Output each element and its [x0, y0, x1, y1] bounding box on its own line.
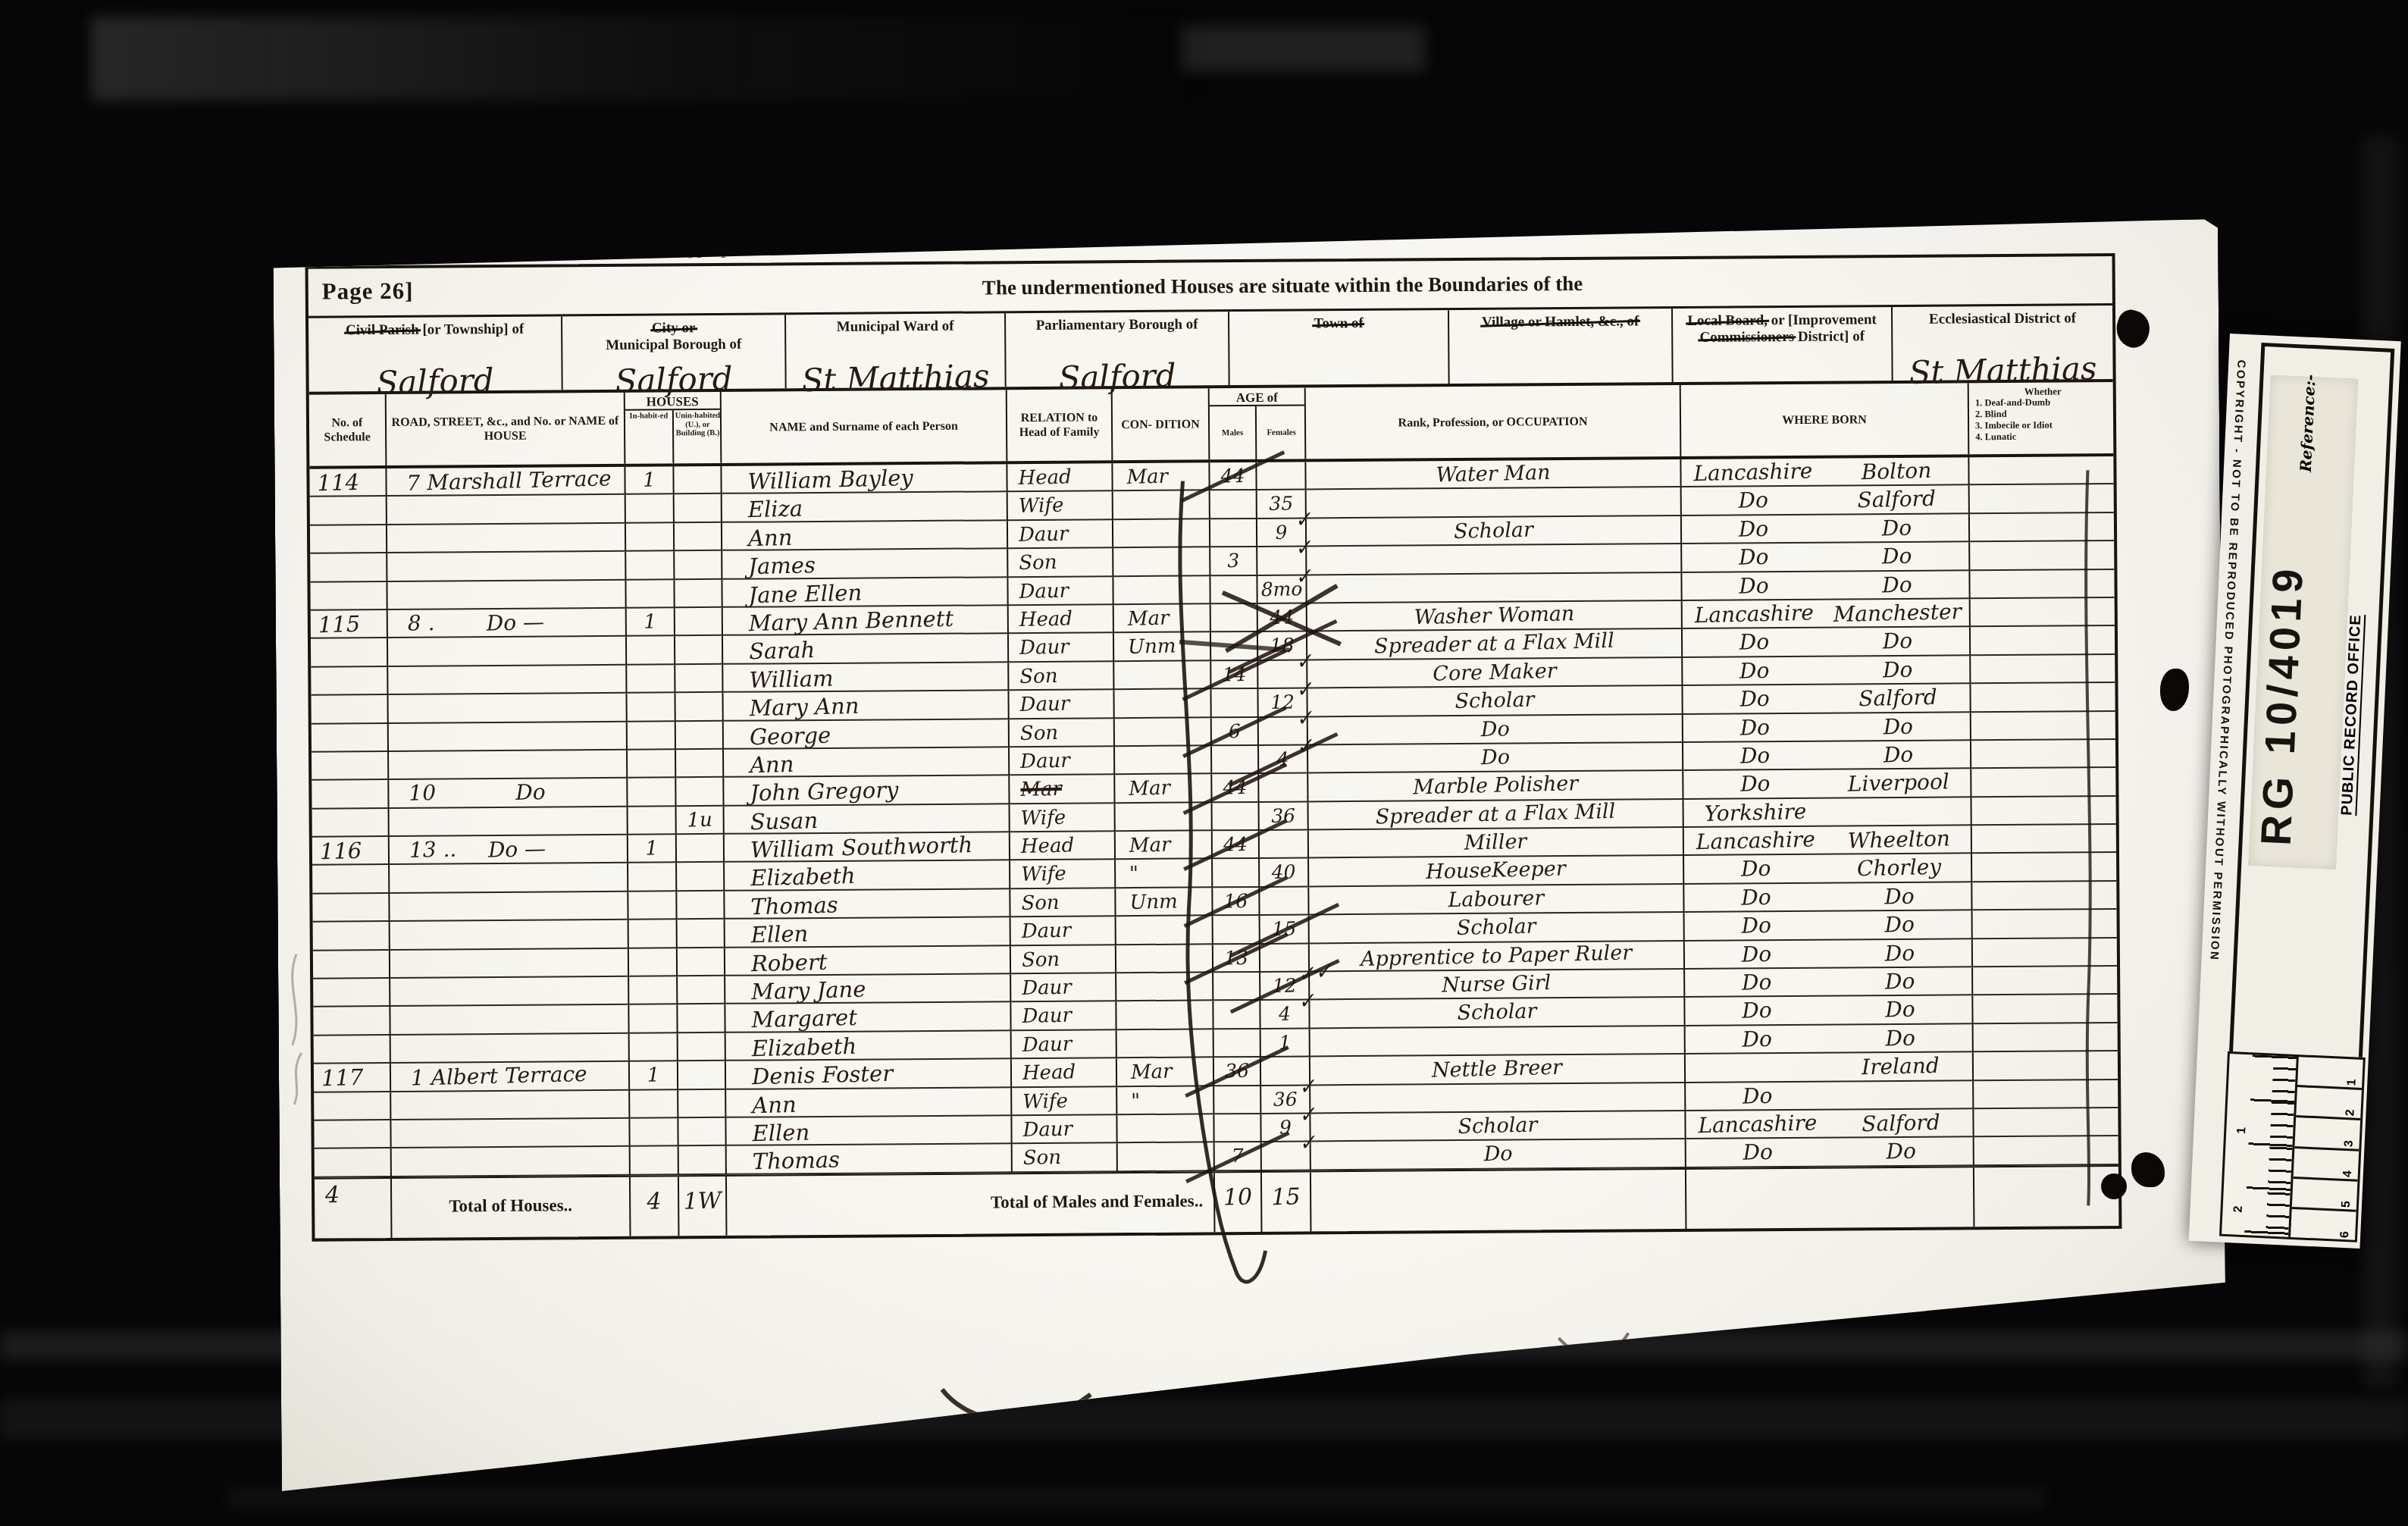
relation: Son: [1008, 550, 1113, 575]
relation: Head: [1008, 606, 1113, 631]
road-name: [388, 641, 409, 666]
cell-houses-inhabited: [630, 1118, 678, 1147]
cell-name: Mary Ann: [723, 691, 1009, 721]
houses-inhabited: [626, 553, 673, 555]
condition: [1113, 493, 1209, 495]
age-male: 3: [1210, 550, 1257, 573]
road-name: [388, 669, 409, 694]
census-sheet: Page 26] The undermentioned Houses are s…: [273, 219, 2227, 1491]
cell-condition: [1116, 973, 1213, 1001]
age-male: 14: [1211, 663, 1257, 686]
born-place: Ireland: [1829, 1054, 1973, 1082]
condition: [1113, 549, 1209, 551]
relation: Daur: [1011, 1003, 1116, 1028]
cell-condition: [1113, 548, 1210, 577]
cell-condition: [1116, 803, 1213, 832]
condition: Mar: [1115, 776, 1211, 801]
occupation: Do: [1480, 746, 1510, 769]
relation: Wife: [1007, 493, 1112, 518]
houses-uninhabited: [675, 497, 721, 497]
cell-occupation: ✓Scholar: [1307, 516, 1682, 547]
tally-check-icon: ✓: [1295, 735, 1315, 760]
cell-name: Sarah: [723, 635, 1009, 665]
cell-condition: ": [1117, 1086, 1214, 1115]
houses-uninhabited: [677, 836, 723, 837]
person-name: Mary Ann: [723, 691, 1008, 720]
col-schedule: No. of Schedule: [309, 394, 387, 466]
houses-uninhabited: [678, 1035, 725, 1036]
total-males: 10: [1215, 1186, 1261, 1209]
relation: Wife: [1010, 862, 1115, 887]
cell-houses-uninhabited: [675, 665, 723, 694]
road-name: [390, 1037, 411, 1062]
cell-houses-inhabited: [630, 1090, 678, 1119]
age-female: [1260, 889, 1307, 891]
cell-name: Robert: [725, 946, 1011, 976]
condition: [1116, 918, 1212, 920]
district-cell: Parliamentary Borough ofSalford: [1006, 312, 1230, 387]
cell-houses-inhabited: [626, 495, 675, 524]
cell-houses-uninhabited: [678, 1004, 725, 1033]
cell-age-female: [1260, 831, 1309, 860]
cell-relation: Daur: [1009, 634, 1114, 663]
cell-houses-uninhabited: [676, 721, 724, 750]
houses-inhabited: [630, 1036, 677, 1037]
cell-schedule: [310, 581, 387, 610]
cell-schedule: [311, 667, 388, 696]
cell-condition: [1116, 917, 1213, 945]
born-county: Yorkshire: [1683, 800, 1827, 828]
houses-inhabited: [629, 950, 676, 951]
cell-road: [390, 863, 628, 894]
cell-condition: [1113, 576, 1210, 605]
age-male: [1213, 974, 1259, 975]
houses-uninhabited: [674, 468, 720, 468]
cell-age-female: 36: [1260, 802, 1309, 831]
cell-relation: Head: [1007, 463, 1113, 492]
condition: Mar: [1113, 464, 1209, 489]
cell-age-male: 13: [1213, 945, 1260, 973]
schedule-number: [313, 1008, 389, 1010]
cell-road: [387, 580, 626, 610]
age-female: [1261, 1059, 1309, 1061]
cell-houses-uninhabited: [675, 494, 722, 523]
road-name: [389, 810, 409, 835]
cell-age-male: [1211, 604, 1258, 633]
cell-where-born: DoDo: [1686, 1138, 1974, 1168]
tally-check-icon: ✓: [1293, 508, 1314, 533]
born-place: Do: [1828, 969, 1972, 997]
houses-uninhabited: [678, 922, 724, 923]
cell-houses-uninhabited: [674, 466, 722, 495]
district-value: St Matthias: [786, 357, 1005, 400]
tally-check-icon: ✓✓: [1296, 960, 1333, 987]
cell-where-born: Yorkshire: [1684, 797, 1972, 828]
schedule-number: [311, 669, 387, 670]
district-cell: Town of: [1229, 310, 1450, 385]
cell-occupation: Nettle Breer: [1310, 1054, 1686, 1086]
cell-infirmities: [1971, 712, 2115, 741]
cell-name: Mary Jane: [725, 974, 1011, 1004]
cell-condition: [1118, 1143, 1215, 1172]
cell-age-male: 44: [1212, 774, 1259, 803]
ruler-number: 4: [2341, 1170, 2355, 1178]
cell-houses-inhabited: [627, 693, 675, 722]
houses-uninhabited: [678, 950, 724, 951]
condition: ": [1116, 861, 1212, 886]
occupation: Scholar: [1456, 916, 1536, 941]
houses-inhabited: 1: [625, 468, 673, 493]
condition: [1113, 578, 1209, 580]
district-value: St Matthias: [1893, 349, 2113, 392]
relation: Daur: [1008, 578, 1113, 603]
district-cell: Ecclesiastical District ofSt Matthias: [1893, 306, 2113, 381]
houses-uninhabited: [679, 1148, 725, 1149]
houses-inhabited: [628, 780, 675, 782]
houses-uninhabited: [675, 638, 722, 639]
born-place: Do: [1827, 912, 1971, 940]
flourish-stroke: [942, 1388, 1091, 1421]
houses-uninhabited: [675, 525, 721, 525]
page-number: Page 26]: [322, 277, 414, 306]
cell-infirmities: [1970, 541, 2114, 571]
age-male: 6: [1212, 719, 1258, 743]
cell-name: James: [722, 549, 1008, 579]
cell-where-born: DoDo: [1685, 911, 1973, 942]
col-road: ROAD, STREET, &c., and No. or NAME of HO…: [387, 393, 626, 465]
relation: Head: [1010, 833, 1115, 858]
ruler-inch-scale: 1 2: [2222, 1054, 2299, 1237]
cell-age-male: [1213, 803, 1260, 832]
cell-infirmities: [1973, 967, 2117, 996]
locality-header-row: Civil Parish [or Township] ofSalfordCity…: [308, 306, 2113, 395]
cell-name: Thomas: [727, 1145, 1013, 1175]
cell-where-born: DoSalford: [1682, 486, 1970, 516]
cell-relation: Daur: [1010, 747, 1115, 776]
cell-where-born: Ireland: [1686, 1053, 1974, 1083]
total-houses-label: Total of Houses..: [392, 1195, 629, 1216]
cell-age-male: [1211, 632, 1258, 661]
cell-houses-inhabited: [628, 863, 677, 892]
person-name: Thomas: [726, 1144, 1011, 1173]
condition: Unm: [1114, 635, 1210, 660]
cell-houses-uninhabited: [675, 523, 722, 552]
road-name: [390, 981, 411, 1006]
cell-occupation: Apprentice to Paper Ruler: [1310, 942, 1685, 973]
cell-schedule: [313, 1007, 390, 1036]
reference-card: COPYRIGHT - NOT TO BE REPRODUCED PHOTOGR…: [2189, 334, 2401, 1249]
cell-name: Mary Ann Bennett: [723, 606, 1009, 636]
schedule-number: 115: [310, 612, 387, 636]
cell-age-male: 7: [1215, 1142, 1262, 1171]
cell-road: [390, 948, 629, 979]
cell-infirmities: [1971, 598, 2115, 628]
relation: Daur: [1010, 918, 1115, 943]
road-name: [387, 584, 408, 609]
age-male: [1212, 691, 1257, 692]
schedule-number: [310, 555, 386, 556]
born-place: Do: [1827, 742, 1971, 770]
road-name: 7 Marshall Terrace: [387, 467, 612, 497]
born-county: Do: [1683, 629, 1827, 657]
cell-name: Ann: [722, 521, 1008, 551]
condition: Mar: [1117, 1059, 1213, 1084]
cell-where-born: DoDo: [1684, 882, 1972, 913]
condition: [1116, 1003, 1212, 1005]
cell-road: [388, 637, 627, 667]
cell-infirmities: [1971, 683, 2115, 713]
person-name: Robert: [725, 946, 1010, 976]
cell-occupation: Labourer: [1309, 885, 1684, 916]
cell-schedule: [313, 979, 390, 1007]
cell-name: William Southworth: [725, 832, 1010, 863]
cell-road: [391, 1119, 630, 1149]
cell-houses-inhabited: [628, 779, 676, 807]
cell-age-male: [1212, 746, 1259, 775]
cell-name: Jane Ellen: [722, 578, 1008, 608]
col-infirmities-item: 1. Deaf-and-Dumb: [1975, 396, 2111, 409]
cell-where-born: DoDo: [1685, 996, 1973, 1026]
cell-occupation: Miller: [1309, 828, 1684, 859]
cell-occupation: Marble Polisher: [1308, 771, 1683, 802]
cell-occupation: HouseKeeper: [1309, 856, 1684, 887]
houses-uninhabited: [676, 780, 722, 781]
cell-where-born: LancashireManchester: [1683, 599, 1971, 629]
col-where-born: WHERE BORN: [1681, 383, 1970, 456]
cell-houses-inhabited: [627, 665, 675, 694]
district-value: Salford: [562, 359, 785, 401]
person-name: John Gregory: [724, 776, 1009, 805]
cell-schedule: 116: [312, 837, 390, 866]
born-county: Do: [1682, 573, 1826, 601]
road-name: [388, 697, 409, 722]
cell-condition: Mar: [1116, 831, 1213, 860]
cell-infirmities: [1973, 995, 2117, 1024]
person-name: Margaret: [725, 1002, 1010, 1032]
cell-relation: Son: [1009, 662, 1114, 691]
district-label: Town of: [1229, 315, 1448, 333]
cell-road: 7 Marshall Terrace: [387, 467, 625, 497]
relation: Head: [1007, 465, 1112, 490]
col-occupation: Rank, Profession, or OCCUPATION: [1306, 385, 1682, 459]
col-age-males: Males: [1210, 406, 1257, 459]
cell-condition: [1115, 746, 1212, 775]
cell-relation: Daur: [1011, 973, 1116, 1002]
cell-age-male: 44: [1213, 831, 1260, 860]
age-male: 36: [1214, 1060, 1260, 1083]
houses-uninhabited: [676, 751, 722, 752]
ruler-number: 2: [2231, 1205, 2245, 1213]
born-county: [1686, 1054, 1830, 1083]
cell-name: Elizabeth: [725, 861, 1010, 891]
houses-uninhabited: 1u: [676, 808, 723, 832]
cell-infirmities: [1971, 626, 2115, 656]
cell-road: [390, 1005, 629, 1036]
schedule-number: [313, 923, 389, 925]
age-male: [1213, 861, 1258, 862]
cell-occupation: Water Man: [1306, 459, 1681, 490]
cell-age-male: [1211, 689, 1258, 718]
occupation: Labourer: [1448, 887, 1544, 912]
houses-inhabited: [629, 922, 676, 923]
tally-check-icon: ✓: [1293, 565, 1314, 590]
condition: [1115, 747, 1210, 750]
cell-age-male: [1213, 973, 1260, 1001]
total-females: 15: [1262, 1186, 1310, 1210]
schedule-number: [312, 697, 387, 698]
cell-condition: [1113, 519, 1210, 548]
cell-houses-uninhabited: [678, 1061, 726, 1090]
cell-condition: [1115, 718, 1212, 747]
person-name: James: [722, 549, 1007, 578]
cell-occupation: ✓Do: [1308, 743, 1683, 774]
cell-road: [389, 722, 628, 752]
total-schedules: 4: [315, 1183, 391, 1207]
cell-name: Ann: [726, 1088, 1012, 1118]
houses-inhabited: [628, 894, 675, 895]
road-name: [390, 1009, 411, 1034]
cell-schedule: [312, 894, 390, 923]
cell-condition: [1113, 491, 1210, 520]
houses-uninhabited: [675, 581, 721, 582]
cell-condition: [1117, 1114, 1214, 1143]
cell-schedule: [313, 951, 390, 979]
road-name: [387, 556, 408, 581]
age-male: [1214, 1031, 1260, 1032]
road-ditto: Do: [515, 781, 546, 806]
cell-condition: Unm: [1114, 633, 1211, 662]
cell-where-born: DoSalford: [1683, 684, 1971, 714]
cell-schedule: 114: [309, 468, 387, 497]
cell-houses-inhabited: [631, 1147, 679, 1176]
col-infirmities-item: 3. Imbecile or Idiot: [1975, 419, 2111, 431]
houses-uninhabited: [678, 1007, 724, 1007]
cell-houses-uninhabited: 1u: [677, 807, 725, 835]
born-county: Do: [1685, 998, 1829, 1026]
cell-occupation: ✓: [1307, 573, 1682, 604]
tally-check-icon: ✓: [1294, 650, 1314, 675]
cell-schedule: [312, 695, 389, 724]
flourish-stroke: [1558, 1333, 1628, 1355]
born-place: Chorley: [1827, 855, 1971, 883]
cell-houses-uninhabited: [678, 948, 725, 976]
cell-relation: Daur: [1009, 690, 1114, 719]
schedule-number: [312, 810, 388, 812]
road-name: 8 .: [387, 612, 434, 638]
cell-schedule: [312, 752, 389, 781]
cell-name: Elizabeth: [726, 1031, 1012, 1061]
cell-condition: Mar: [1115, 775, 1212, 804]
cell-name: Susan: [725, 804, 1010, 835]
age-male: [1213, 804, 1258, 805]
cell-houses-inhabited: [627, 637, 675, 666]
scan-streak: [1182, 26, 1425, 71]
age-female: 44: [1257, 606, 1306, 630]
cell-houses-inhabited: [628, 750, 676, 779]
person-name: Ann: [722, 521, 1007, 550]
cell-road: [391, 1034, 630, 1064]
condition: [1116, 946, 1212, 948]
relation: Mar: [1010, 776, 1114, 801]
age-male: 44: [1212, 776, 1258, 800]
ruler-number: 1: [2345, 1079, 2359, 1086]
district-label: Village or Hamlet, &c., of: [1449, 313, 1671, 331]
total-houses-uninhabited: 1W: [679, 1189, 726, 1213]
cell-schedule: [310, 525, 387, 554]
cell-houses-uninhabited: [678, 976, 725, 1005]
cell-age-male: [1214, 1114, 1261, 1143]
col-houses: HOUSES In-habit-ed Unin-habited (U.), or…: [625, 392, 722, 464]
person-name: Elizabeth: [725, 1031, 1010, 1061]
cell-houses-inhabited: [629, 1005, 678, 1034]
census-table: Page 26] The undermentioned Houses are s…: [305, 253, 2122, 1241]
cell-houses-inhabited: [626, 551, 675, 580]
relation: Wife: [1012, 1089, 1116, 1114]
relation: Son: [1010, 890, 1115, 915]
born-county: Do: [1684, 913, 1828, 941]
cell-age-female: 15: [1260, 916, 1310, 945]
relation: Daur: [1009, 635, 1113, 660]
road-name: [389, 754, 409, 779]
cell-where-born: DoDo: [1682, 543, 1970, 573]
age-male: [1210, 578, 1256, 578]
cell-age-female: [1259, 774, 1308, 803]
cell-infirmities: [1970, 570, 2114, 600]
person-name: Jane Ellen: [722, 578, 1007, 607]
cell-relation: Daur: [1012, 1030, 1117, 1059]
occupation: HouseKeeper: [1426, 858, 1566, 885]
cell-where-born: DoChorley: [1684, 854, 1972, 885]
person-name: Ellen: [726, 1116, 1011, 1145]
condition: [1114, 663, 1210, 665]
cell-infirmities: [1971, 768, 2115, 797]
houses-inhabited: [629, 979, 676, 980]
occupation: Water Man: [1436, 462, 1551, 487]
cell-condition: ": [1116, 860, 1213, 888]
age-male: [1210, 521, 1256, 522]
person-name: Denis Foster: [726, 1059, 1011, 1089]
ink-blot: [2101, 1173, 2127, 1199]
cell-condition: [1114, 661, 1211, 690]
person-name: Susan: [724, 804, 1009, 834]
col-age: AGE of Males Females: [1210, 387, 1307, 459]
cell-houses-inhabited: [626, 580, 675, 609]
cell-condition: [1116, 1001, 1213, 1030]
born-county: Do: [1683, 658, 1827, 686]
pencil-scribble: [292, 954, 302, 1105]
houses-uninhabited: [675, 553, 721, 554]
ruler-number: 6: [2338, 1231, 2352, 1239]
born-county: Do: [1684, 857, 1828, 885]
cell-relation: Head: [1010, 832, 1116, 860]
cell-houses-uninhabited: [676, 750, 724, 779]
condition: Unm: [1116, 889, 1212, 914]
cell-age-male: [1210, 519, 1257, 548]
cell-age-female: 1: [1261, 1029, 1310, 1058]
film-scan-background: Page 26] The undermentioned Houses are s…: [0, 0, 2408, 1526]
person-name: Ann: [726, 1088, 1011, 1117]
schedule-number: [314, 1037, 390, 1039]
cell-relation: Daur: [1008, 520, 1113, 549]
born-place: Wheelton: [1827, 827, 1971, 855]
age-female: [1257, 464, 1304, 465]
age-female: [1260, 832, 1307, 834]
cell-relation: Son: [1013, 1144, 1118, 1173]
schedule-number: [314, 1094, 390, 1095]
cell-name: William Bayley: [722, 464, 1007, 494]
cell-name: Ellen: [726, 1116, 1012, 1146]
district-cell: Local Board, or [ImprovementCommissioner…: [1673, 307, 1893, 382]
